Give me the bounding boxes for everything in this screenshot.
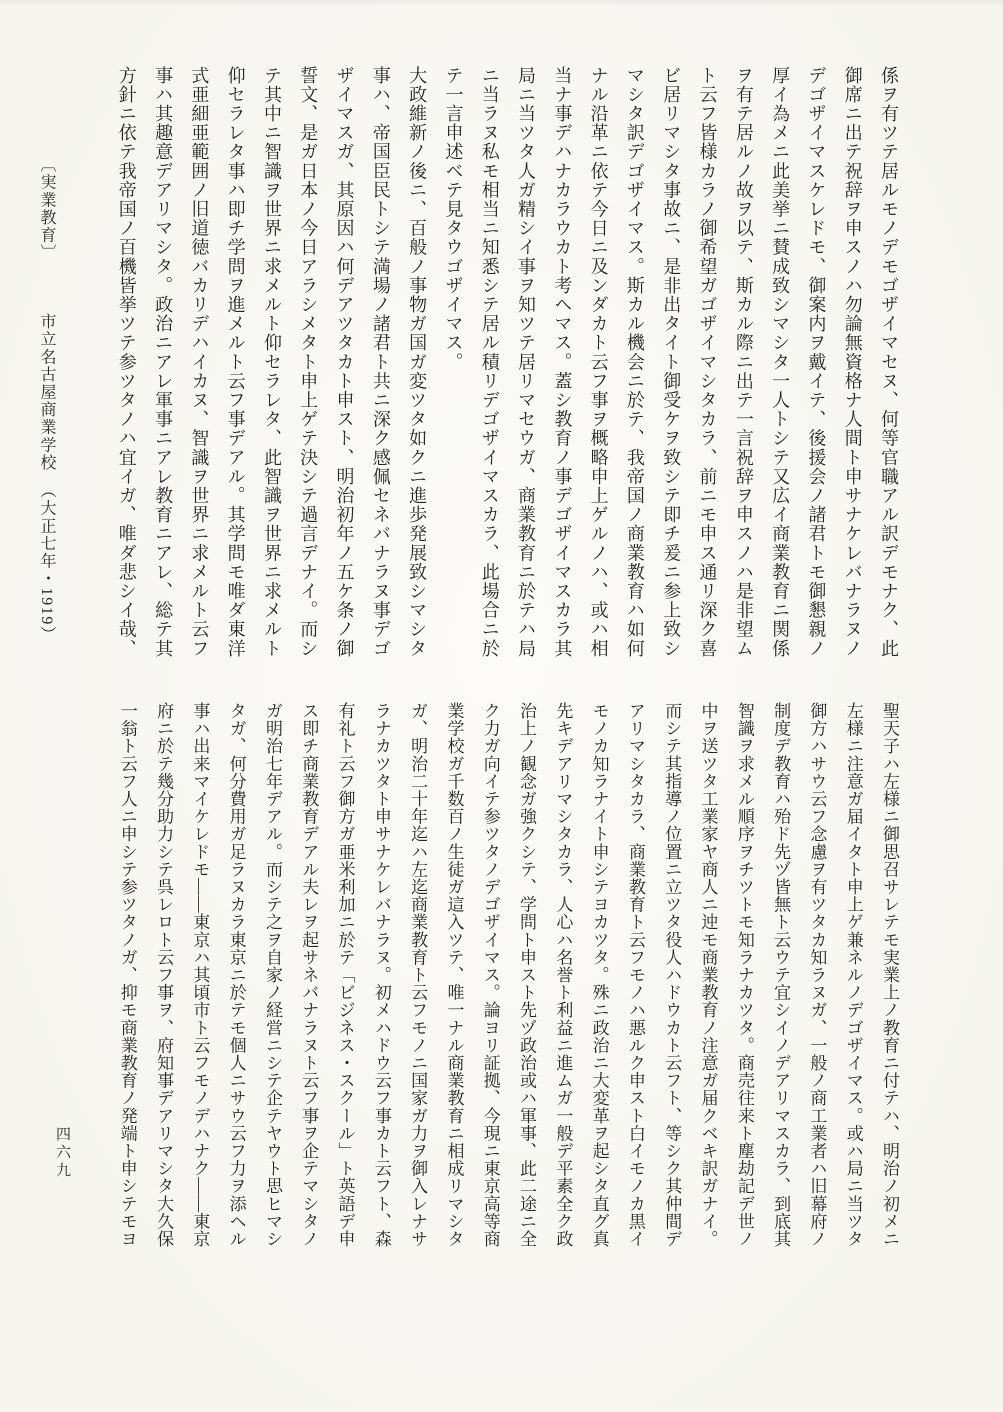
bottom-text-block: 聖天子ハ左様ニ御思召サレテモ実業上ノ教育ニ付テハ、明治ノ初メニ 左様ニ注意ガ届イ…	[108, 702, 907, 1250]
text-column: 仰セラレタ事ハ即チ学問ヲ進メルト云フ事デアル。其学問モ唯ダ東洋	[217, 66, 253, 658]
text-column: 事ハ、帝国臣民トシテ満場ノ諸君ト共ニ深ク感佩セネバナラヌ事デゴ	[363, 66, 399, 658]
text-column: 治上ノ観念ガ強クシテ、学問ト申スト先ヅ政治或ハ軍事、此二途ニ全	[508, 702, 544, 1250]
text-column: 当ナ事デハナカラウカト考ヘマス。蓋シ教育ノ事デゴザイマスカラ其	[544, 66, 580, 658]
text-column: デゴザイマスケレドモ、御案内ヲ戴イテ、後援会ノ諸君トモ御懇親ノ	[798, 66, 834, 658]
text-column: ス即チ商業教育デアル夫レヲ起サネバナラヌト云フ事ヲ企テマシタノ	[290, 702, 326, 1250]
text-column: ザイマスガ、其原因ハ何デアツタカト申スト、明治初年ノ五ケ条ノ御	[326, 66, 362, 658]
text-column: 業学校ガ千数百ノ生徒ガ這入ツテ、唯一ナル商業教育ニ相成リマシタ	[435, 702, 471, 1250]
caption-year: （大正七年・1919）	[38, 482, 55, 644]
text-column: タガ、何分費用ガ足ラヌカラ東京ニ於テモ個人ニサウ云フ力ヲ添ヘル	[217, 702, 253, 1250]
text-column: 局ニ当ツタ人ガ精シイ事ヲ知ツテ居リマセウガ、商業教育ニ於テハ局	[508, 66, 544, 658]
text-column: ラナカツタト申サナケレバナラヌ。初メハドウ云フ事カト云フト、森	[363, 702, 399, 1250]
text-column: 先キデアリマシタカラ、人心ハ名誉ト利益ニ進ムガ一般デ平素全ク政	[544, 702, 580, 1250]
text-column: ニ当ラヌ私モ相当ニ知悉シテ居ル積リデゴザイマスカラ、此場合ニ於	[471, 66, 507, 658]
text-column: 智識ヲ求メル順序ヲチツトモ知ラナカツタ。商売往来ト塵劫記デ世ノ	[726, 702, 762, 1250]
document-page: 〔実業教育〕 市立名古屋商業学校 （大正七年・1919） 係ヲ有ツテ居ルモノデモ…	[0, 0, 1003, 1412]
top-text-block: 係ヲ有ツテ居ルモノデモゴザイマセヌ、何等官職アル訳デモナク、此 御席ニ出テ祝辞ヲ…	[108, 66, 907, 658]
text-column: 左様ニ注意ガ届イタト申上ゲ兼ネルノデゴザイマス。或ハ局ニ当ツタ	[834, 702, 870, 1250]
text-column: テ一言申述ベテ見タウゴザイマス。	[435, 66, 471, 658]
text-column: ク力ガ向イテ参ツタノデゴザイマス。論ヨリ証拠、今現ニ東京高等商	[471, 702, 507, 1250]
text-column: ヲ有テ居ルノ故ヲ以テ、斯カル際ニ出テ一言祝辞ヲ申スノハ是非望ム	[726, 66, 762, 658]
text-column: 事ハ其趣意デアリマシタ。政治ニアレ軍事ニアレ教育ニアレ、総テ其	[145, 66, 181, 658]
text-column: 係ヲ有ツテ居ルモノデモゴザイマセヌ、何等官職アル訳デモナク、此	[871, 66, 907, 658]
text-column: 御方ハサウ云フ念慮ヲ有ツタカ知ラヌガ、一般ノ商工業者ハ旧幕府ノ	[798, 702, 834, 1250]
text-column: 制度デ教育ハ殆ド先ヅ皆無ト云ウテ宜シイノデアリマスカラ、到底其	[762, 702, 798, 1250]
text-column: 誓文、是ガ日本ノ今日アラシメタト申上ゲテ決シテ過言デナイ。而シ	[290, 66, 326, 658]
text-column: 聖天子ハ左様ニ御思召サレテモ実業上ノ教育ニ付テハ、明治ノ初メニ	[871, 702, 907, 1250]
text-column: 中ヲ送ツタ工業家ヤ商人ニ迚モ商業教育ノ注意ガ届クベキ訳ガナイ。	[689, 702, 725, 1250]
text-column: 一翁ト云フ人ニ申シテ参ツタノガ、抑モ商業教育ノ発端ト申シテモヨ	[108, 702, 144, 1250]
caption-genre-label: 〔実業教育〕	[38, 156, 55, 262]
text-column: アリマシタカラ、商業教育ト云フモノハ悪ルク申スト白イモノカ黒イ	[617, 702, 653, 1250]
text-column: 府ニ於テ幾分助力シテ呉レロト云フ事ヲ、府知事デアリマシタ大久保	[145, 702, 181, 1250]
margin-caption: 〔実業教育〕 市立名古屋商業学校 （大正七年・1919）	[35, 156, 58, 716]
text-column: 御席ニ出テ祝辞ヲ申スノハ勿論無資格ナ人間ト申サナケレバナラヌノ	[834, 66, 870, 658]
text-column: 有礼ト云フ御方ガ亜米利加ニ於テ「ビジネス・スクール」ト英語デ申	[326, 702, 362, 1250]
text-column: ビ居リマシタ事故ニ、是非出タイト御受ケヲ致シテ即チ爰ニ参上致シ	[653, 66, 689, 658]
text-column: ガ、明治二十年迄ハ左迄商業教育ト云フモノニ国家ガ力ヲ御入レナサ	[399, 702, 435, 1250]
text-column: 厚イ為メニ此美挙ニ賛成致シマシタ一人トシテ又広イ商業教育ニ関係	[762, 66, 798, 658]
text-column: 事ハ出来マイケレドモ――東京ハ其頃市ト云フモノデハナク――東京	[181, 702, 217, 1250]
page-number: 四六九	[52, 1126, 73, 1180]
text-column: モノカ知ラナイト申シテヨカツタ。殊ニ政治ニ大変革ヲ起シタ直グ真	[580, 702, 616, 1250]
text-column: 式亜細亜範囲ノ旧道徳バカリデハイカヌ、智識ヲ世界ニ求メルト云フ	[181, 66, 217, 658]
text-column: テ其中ニ智識ヲ世界ニ求メルト仰セラレタ、此智識ヲ世界ニ求メルト	[254, 66, 290, 658]
caption-school-name: 市立名古屋商業学校	[38, 313, 55, 471]
text-column: 大政維新ノ後ニ、百般ノ事物ガ国ガ変ツタ如クニ進歩発展致シマシタ	[399, 66, 435, 658]
text-column: ト云フ皆様カラノ御希望ガゴザイマシタカラ、前ニモ申ス通リ深ク喜	[689, 66, 725, 658]
text-column: ガ明治七年デアル。而シテ之ヲ自家ノ経営ニシテ企テヤウト思ヒマシ	[254, 702, 290, 1250]
text-column: ナル沿革ニ依テ今日ニ及ンダカト云フ事ヲ概略申上ゲルノハ、或ハ相	[580, 66, 616, 658]
text-column: マシタ訳デゴザイマス。斯カル機会ニ於テ、我帝国ノ商業教育ハ如何	[617, 66, 653, 658]
text-column: 方針ニ依テ我帝国ノ百機皆挙ツテ参ツタノハ宜イガ、唯ダ悲シイ哉、	[108, 66, 144, 658]
text-column: 而シテ其指導ノ位置ニ立ツタ役人ハドウカト云フト、等シク其仲間デ	[653, 702, 689, 1250]
